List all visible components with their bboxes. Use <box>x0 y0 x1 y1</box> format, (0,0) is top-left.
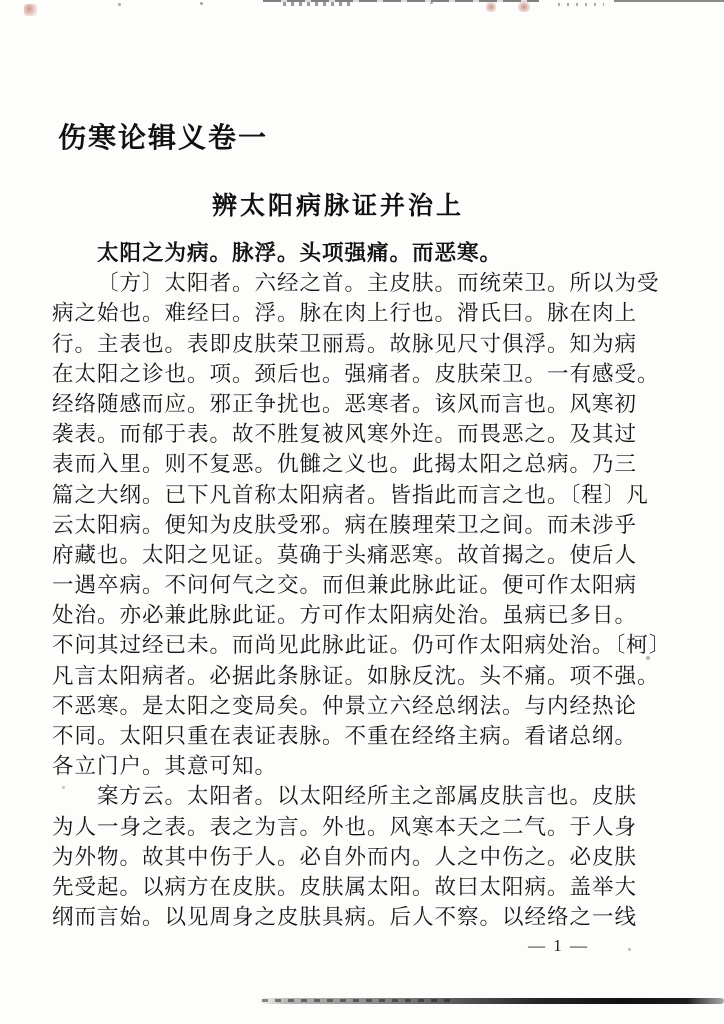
body-line: 〔方〕太阳者。六经之首。主皮肤。而统荣卫。所以为受 <box>52 268 676 298</box>
scan-speck <box>62 786 65 789</box>
red-stamp-artifact <box>24 4 37 16</box>
section-heading: 辨太阳病脉证并治上 <box>212 186 464 222</box>
body-line: 为人一身之表。表之为言。外也。风寒本天之二气。于人身 <box>52 812 676 842</box>
body-line: 纲而言始。以见周身之皮肤具病。后人不察。以经络之一线 <box>52 902 676 932</box>
body-line: 太阳之为病。脉浮。头项强痛。而恶寒。 <box>52 238 676 268</box>
body-line: 不问其过经已未。而尚见此脉此证。仍可作太阳病处治。〔柯〕 <box>52 630 676 660</box>
chapter-title: 伤寒论辑义卷一 <box>58 116 268 156</box>
body-line: 袭表。而郁于表。故不胜复被风寒外迕。而畏恶之。及其过 <box>52 419 676 449</box>
scan-bar-artifact <box>258 998 724 1004</box>
body-text: 太阳之为病。脉浮。头项强痛。而恶寒。 〔方〕太阳者。六经之首。主皮肤。而统荣卫。… <box>52 238 676 932</box>
body-line: 案方云。太阳者。以太阳经所主之部属皮肤言也。皮肤 <box>52 781 676 811</box>
scan-speck <box>118 3 121 6</box>
body-line: 先受起。以病方在皮肤。皮肤属太阳。故曰太阳病。盖举大 <box>52 872 676 902</box>
body-line: 一遇卒病。不问何气之交。而但兼此脉此证。便可作太阳病 <box>52 570 676 600</box>
scan-speck <box>646 656 650 660</box>
body-line: 为外物。故其中伤于人。必自外而内。人之中伤之。必皮肤 <box>52 842 676 872</box>
body-line: 表而入里。则不复恶。仇雠之义也。此揭太阳之总病。乃三 <box>52 449 676 479</box>
body-line: 经络随感而应。邪正争扰也。恶寒者。该风而言也。风寒初 <box>52 389 676 419</box>
scan-speck <box>628 948 631 951</box>
body-line: 处治。亦必兼此脉此证。方可作太阳病处治。虽病已多日。 <box>52 600 676 630</box>
body-line: 不恶寒。是太阳之变局矣。仲景立六经总纲法。与内经热论 <box>52 691 676 721</box>
body-line: 篇之大纲。已下凡首称太阳病者。皆指此而言之也。〔程〕凡 <box>52 480 676 510</box>
scan-line-artifact <box>614 0 724 2</box>
body-line: 云太阳病。便知为皮肤受邪。病在腠理荣卫之间。而未涉乎 <box>52 510 676 540</box>
body-line: 不同。太阳只重在表证表脉。不重在经络主病。看诸总纲。 <box>52 721 676 751</box>
body-line: 病之始也。难经曰。浮。脉在肉上行也。滑氏曰。脉在肉上 <box>52 298 676 328</box>
body-line: 府藏也。太阳之见证。莫确于头痛恶寒。故首揭之。使后人 <box>52 540 676 570</box>
body-line: 行。主表也。表即皮肤荣卫丽焉。故脉见尺寸俱浮。知为病 <box>52 329 676 359</box>
red-stamp-artifact <box>486 2 496 12</box>
body-line: 凡言太阳病者。必据此条脉证。如脉反沈。头不痛。项不强。 <box>52 661 676 691</box>
scanned-book-page: 伤寒论辑义卷一 辨太阳病脉证并治上 太阳之为病。脉浮。头项强痛。而恶寒。 〔方〕… <box>0 0 724 1024</box>
body-line: 在太阳之诊也。项。颈后也。强痛者。皮肤荣卫。一有感受。 <box>52 359 676 389</box>
scan-speck-cluster <box>283 2 353 6</box>
scan-speck-cluster <box>558 3 604 6</box>
body-line: 各立门户。其意可知。 <box>52 751 676 781</box>
red-stamp-artifact <box>518 2 530 12</box>
page-number: — 1 — <box>528 936 589 956</box>
scan-speck <box>430 2 433 4</box>
scan-speck <box>200 2 203 5</box>
